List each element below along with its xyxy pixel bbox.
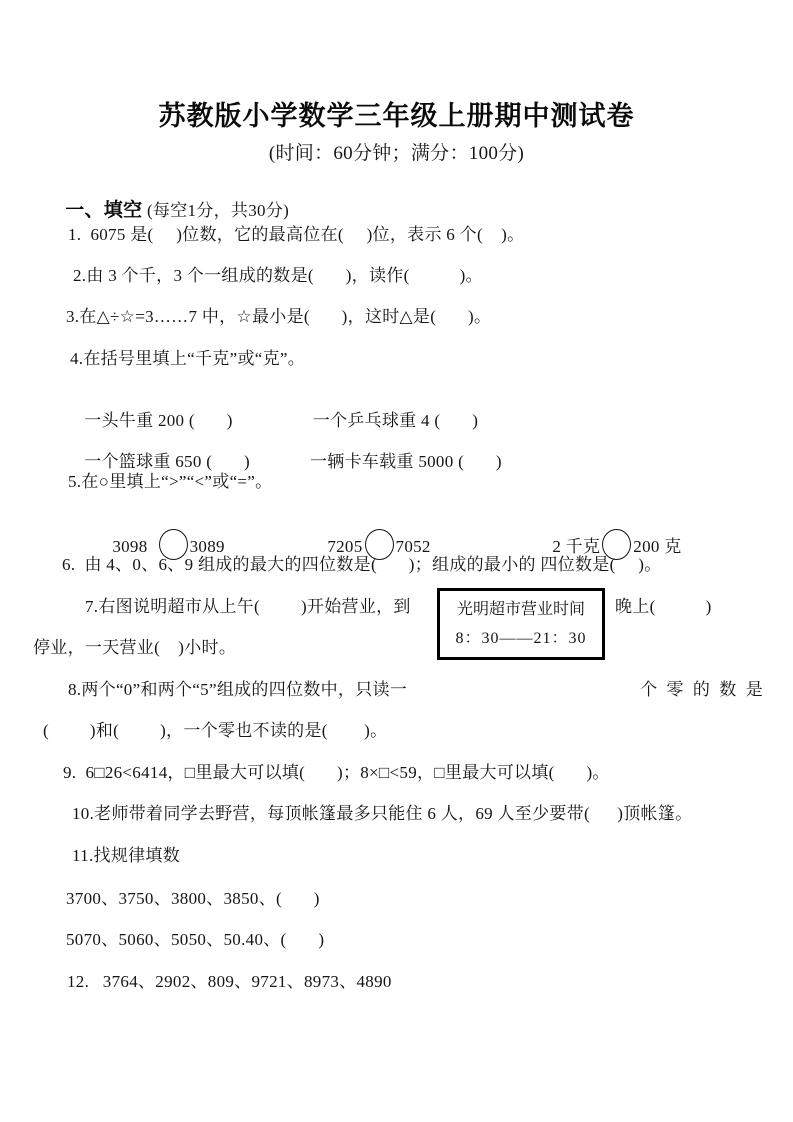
question-8-line-2: ( )和( )，一个零也不读的是( )。	[43, 720, 387, 741]
question-10: 10.老师带着同学去野营，每顶帐篷最多只能住 6 人，69 人至少要带( )顶帐…	[72, 803, 692, 824]
question-2: 2.由 3 个千，3 个一组成的数是( )，读作( )。	[73, 265, 483, 286]
question-3: 3.在△÷☆=3……7 中，☆最小是( )，这时△是( )。	[66, 306, 491, 327]
business-hours-title: 光明超市营业时间	[440, 596, 602, 619]
question-9: 9. 6□26<6414，□里最大可以填( )；8×□<59，□里最大可以填( …	[63, 762, 610, 783]
business-hours-time: 8：30——21：30	[440, 625, 602, 648]
question-4: 4.在括号里填上“千克”或“克”。	[70, 348, 305, 369]
question-1: 1. 6075 是( )位数，它的最高位在( )位，表示 6 个( )。	[68, 224, 524, 245]
question-7-right: 晚上( )	[615, 596, 712, 617]
question-8-line-1: 8.两个“0”和两个“5”组成的四位数中，只读一个 零 的 数 是	[68, 679, 763, 700]
question-6: 6. 由 4、0、6、9 组成的最大的四位数是( )；组成的最小的 四位数是( …	[62, 554, 662, 575]
business-hours-box: 光明超市营业时间 8：30——21：30	[437, 588, 605, 660]
question-5: 5.在○里填上“>”“<”或“=”。	[68, 471, 272, 492]
test-paper-page: 苏教版小学数学三年级上册期中测试卷 (时间：60分钟；满分：100分) 一、填空…	[0, 0, 793, 1122]
q4-truck-blank: 一辆卡车载重 5000 ( )	[310, 452, 502, 471]
question-12: 12. 3764、2902、809、9721、8973、4890	[67, 971, 392, 992]
q4-pingpong-blank: 一个乒乓球重 4 ( )	[313, 411, 478, 430]
question-11: 11.找规律填数	[72, 845, 180, 866]
question-5-row: 3098 3089 72057052 2 千克200 克	[85, 508, 735, 542]
q8-text-left: 8.两个“0”和两个“5”组成的四位数中，只读一	[68, 679, 407, 700]
question-7-line-2: 停业，一天营业( )小时。	[33, 637, 236, 658]
page-title: 苏教版小学数学三年级上册期中测试卷	[0, 100, 793, 134]
page-subtitle: (时间：60分钟；满分：100分)	[0, 142, 793, 166]
q4-basketball-blank: 一个篮球重 650 ( )	[84, 452, 250, 471]
question-11-sequence-1: 3700、3750、3800、3850、( )	[66, 888, 320, 909]
question-11-sequence-2: 5070、5060、5050、50.40、( )	[66, 929, 324, 950]
section-1-note: (每空1分，共30分)	[142, 201, 289, 220]
q8-text-right: 个 零 的 数 是	[640, 679, 763, 700]
question-7-line-1: 7.右图说明超市从上午( )开始营业，到	[85, 596, 411, 617]
section-1-label: 一、填空	[65, 200, 142, 221]
q4-cow-blank: 一头牛重 200 ( )	[84, 411, 232, 430]
